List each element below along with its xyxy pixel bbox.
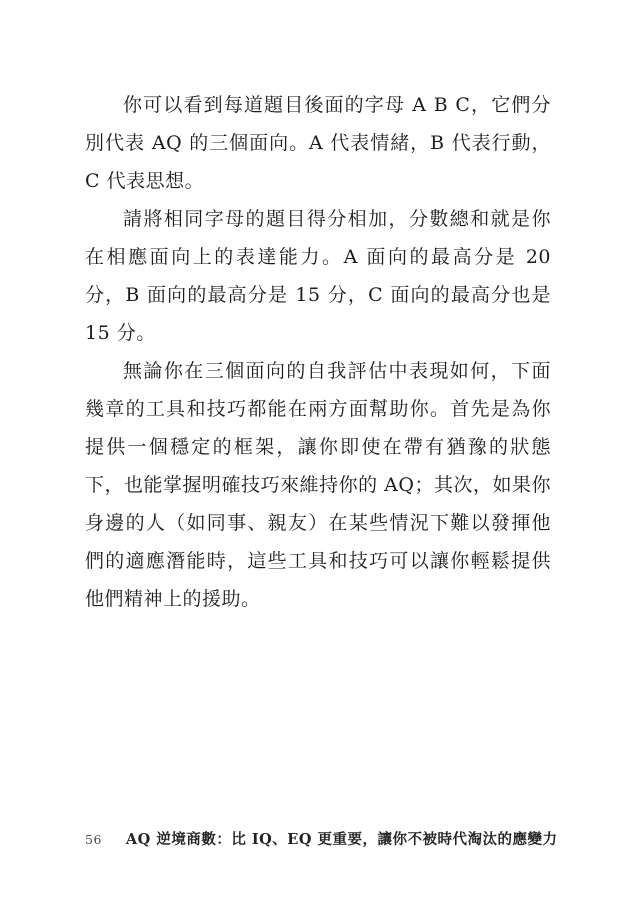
page-number: 56	[85, 832, 102, 847]
paragraph-tools-help: 無論你在三個面向的自我評估中表現如何，下面幾章的工具和技巧都能在兩方面幫助你。首…	[85, 352, 551, 618]
running-book-title: AQ 逆境商數：比 IQ、EQ 更重要，讓你不被時代淘汰的應變力	[126, 828, 558, 849]
page-footer: 56 AQ 逆境商數：比 IQ、EQ 更重要，讓你不被時代淘汰的應變力	[85, 828, 551, 849]
book-page: 你可以看到每道題目後面的字母 A B C，它們分別代表 AQ 的三個面向。A 代…	[0, 0, 635, 900]
paragraph-abc-dimensions: 你可以看到每道題目後面的字母 A B C，它們分別代表 AQ 的三個面向。A 代…	[85, 86, 551, 200]
body-text-block: 你可以看到每道題目後面的字母 A B C，它們分別代表 AQ 的三個面向。A 代…	[85, 86, 551, 618]
paragraph-score-summing: 請將相同字母的題目得分相加，分數總和就是你在相應面向上的表達能力。A 面向的最高…	[85, 200, 551, 352]
